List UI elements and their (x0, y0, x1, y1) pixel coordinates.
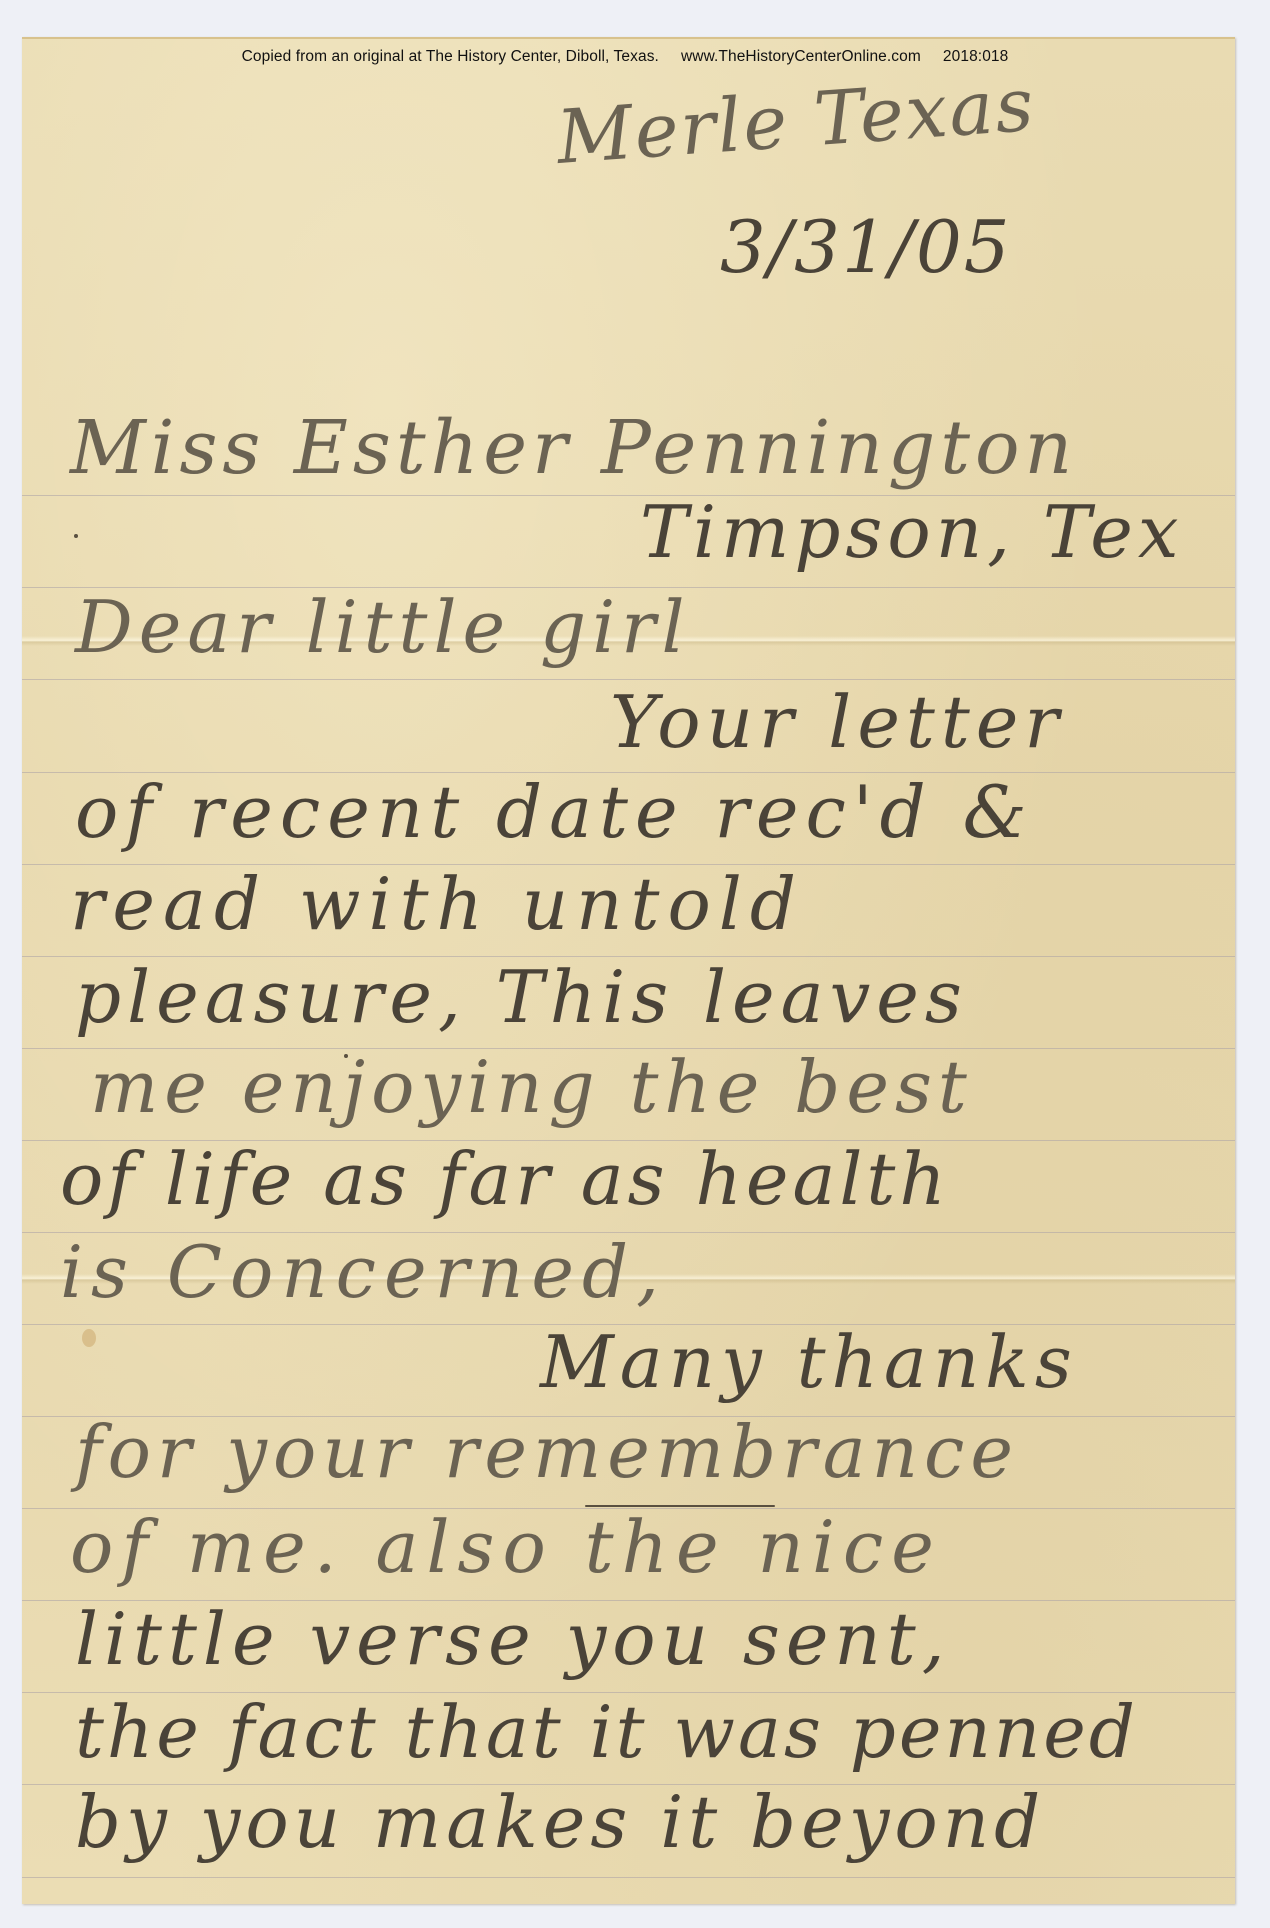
body-line: of me. also the nice (70, 1505, 942, 1589)
body-line: by you makes it beyond (75, 1780, 1045, 1864)
ink-speck (74, 534, 78, 538)
body-line: read with untold (70, 862, 804, 946)
body-line: of life as far as health (60, 1137, 950, 1221)
archive-stamp: Copied from an original at The History C… (100, 48, 1150, 66)
body-line: the fact that it was penned (75, 1690, 1138, 1774)
body-line: for your remembrance (75, 1410, 1019, 1494)
body-line: little verse you sent, (75, 1597, 951, 1681)
letter-date: 3/31/05 (720, 205, 1012, 289)
body-line: of recent date rec'd & (75, 770, 1034, 854)
body-line: me enjoying the best (90, 1045, 973, 1129)
addressee-name: Miss Esther Pennington (70, 405, 1077, 491)
salutation: Dear little girl (75, 585, 691, 669)
paper-stain (82, 1329, 96, 1347)
body-line: pleasure, This leaves (75, 955, 968, 1039)
addressee-place: Timpson, Tex (640, 490, 1184, 574)
body-line: Many thanks (540, 1320, 1078, 1404)
body-line: Your letter (610, 680, 1065, 764)
ruled-line (22, 1877, 1235, 1878)
body-line: is Concerned, (60, 1230, 667, 1314)
